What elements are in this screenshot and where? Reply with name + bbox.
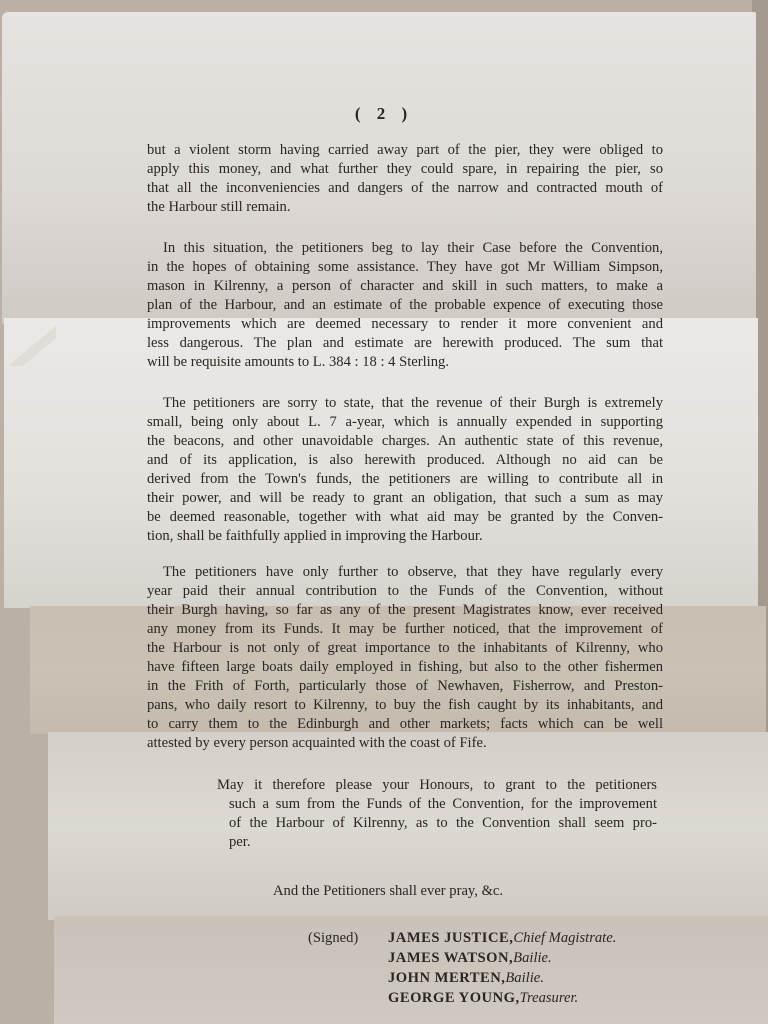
prayer-paragraph: May it therefore please your Honours, to… xyxy=(217,776,657,852)
text-line: The petitioners have only further to obs… xyxy=(147,563,663,582)
text-line: attested by every person acquainted with… xyxy=(147,734,663,753)
text-line: in the Frith of Forth, particularly thos… xyxy=(147,677,663,696)
prayer-line: May it therefore please your Honours, to… xyxy=(217,776,657,795)
text-line: be deemed reasonable, together with what… xyxy=(147,508,663,527)
prayer-line: of the Harbour of Kilrenny, as to the Co… xyxy=(217,814,657,833)
text-line: and of its application, is also herewith… xyxy=(147,451,663,470)
text-line: any money from its Funds. It may be furt… xyxy=(147,620,663,639)
text-line: in the hopes of obtaining some assistanc… xyxy=(147,258,663,277)
text-line: the Harbour is not only of great importa… xyxy=(147,639,663,658)
text-line: plan of the Harbour, and an estimate of … xyxy=(147,296,663,315)
signer-row: JAMES WATSON, Bailie. xyxy=(308,948,616,968)
prayer-line: such a sum from the Funds of the Convent… xyxy=(217,795,657,814)
signature-block: (Signed)JAMES JUSTICE, Chief Magistrate.… xyxy=(308,928,616,1008)
text-line: In this situation, the petitioners beg t… xyxy=(147,239,663,258)
page-number: ( 2 ) xyxy=(0,104,768,124)
signer-title: Bailie. xyxy=(505,968,544,988)
text-line: the Harbour still remain. xyxy=(147,198,663,217)
text-line: year paid their annual contribution to t… xyxy=(147,582,663,601)
prayer-line: per. xyxy=(217,833,657,852)
text-line: will be requisite amounts to L. 384 : 18… xyxy=(147,353,663,372)
paragraph-4: The petitioners have only further to obs… xyxy=(147,563,663,753)
signed-label: (Signed) xyxy=(308,928,388,948)
signed-label xyxy=(308,948,388,968)
text-line: that all the inconveniencies and dangers… xyxy=(147,179,663,198)
signer-row: GEORGE YOUNG, Treasurer. xyxy=(308,988,616,1008)
text-line: The petitioners are sorry to state, that… xyxy=(147,394,663,413)
signer-name: JAMES JUSTICE, xyxy=(388,928,513,948)
signer-title: Treasurer. xyxy=(520,988,579,1008)
text-line: mason in Kilrenny, a person of character… xyxy=(147,277,663,296)
text-line: small, being only about L. 7 a-year, whi… xyxy=(147,413,663,432)
text-line: less dangerous. The plan and estimate ar… xyxy=(147,334,663,353)
text-line: to carry them to the Edinburgh and other… xyxy=(147,715,663,734)
signer-title: Chief Magistrate. xyxy=(513,928,616,948)
paragraph-1: but a violent storm having carried away … xyxy=(147,141,663,217)
text-line: have fifteen large boats daily employed … xyxy=(147,658,663,677)
closing-line: And the Petitioners shall ever pray, &c. xyxy=(273,883,503,900)
text-line: derived from the Town's funds, the petit… xyxy=(147,470,663,489)
text-line: tion, shall be faithfully applied in imp… xyxy=(147,527,663,546)
text-line: improvements which are deemed necessary … xyxy=(147,315,663,334)
signer-name: GEORGE YOUNG, xyxy=(388,988,520,1008)
paragraph-2: In this situation, the petitioners beg t… xyxy=(147,239,663,372)
signer-name: JAMES WATSON, xyxy=(388,948,513,968)
text-line: the beacons, and other unavoidable charg… xyxy=(147,432,663,451)
document-page: ( 2 ) but a violent storm having carried… xyxy=(0,0,768,1024)
text-line: pans, who daily resort to Kilrenny, to b… xyxy=(147,696,663,715)
signer-row: (Signed)JAMES JUSTICE, Chief Magistrate. xyxy=(308,928,616,948)
text-line: apply this money, and what further they … xyxy=(147,160,663,179)
signer-title: Bailie. xyxy=(513,948,552,968)
signer-name: JOHN MERTEN, xyxy=(388,968,505,988)
text-line: their power, and will be ready to grant … xyxy=(147,489,663,508)
paragraph-3: The petitioners are sorry to state, that… xyxy=(147,394,663,546)
signed-label xyxy=(308,988,388,1008)
signer-row: JOHN MERTEN, Bailie. xyxy=(308,968,616,988)
text-line: their Burgh having, so far as any of the… xyxy=(147,601,663,620)
text-line: but a violent storm having carried away … xyxy=(147,141,663,160)
signed-label xyxy=(308,968,388,988)
